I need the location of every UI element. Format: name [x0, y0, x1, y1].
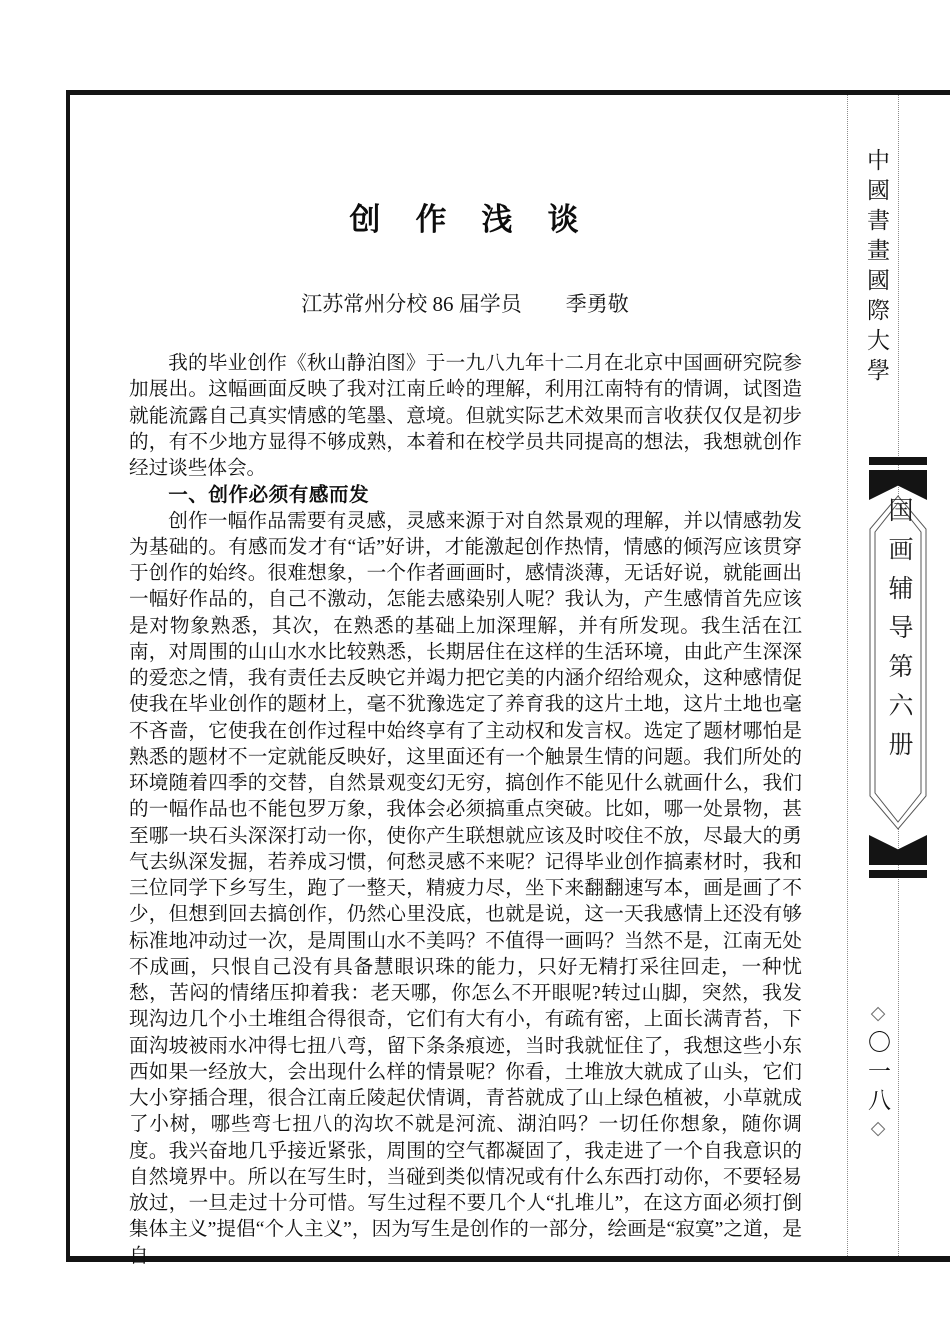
volume-label: 国画辅导第六册	[880, 497, 916, 770]
ribbon-bottom-bar	[869, 870, 927, 878]
page-number: ◇〇一八◇	[861, 1002, 894, 1145]
paragraph-section-one: 创作一幅作品需要有灵感，灵感来源于对自然景观的理解，并以情感勃发为基础的。有感而…	[129, 509, 802, 1270]
byline-author: 季勇敬	[566, 292, 629, 316]
page-number-diamond-bottom: ◇	[867, 1117, 888, 1145]
byline-affiliation: 江苏常州分校 86 届学员	[301, 292, 522, 316]
book-page: { "page": { "title": "创 作 浅 谈", "byline"…	[0, 0, 950, 1344]
journal-title-vertical: 中國書畫國際大學	[860, 148, 893, 388]
byline: 江苏常州分校 86 届学员季勇敬	[129, 288, 801, 318]
section-heading: 一、创作必须有感而发	[129, 482, 802, 508]
article-title: 创 作 浅 谈	[129, 194, 801, 239]
article-body: 我的毕业创作《秋山静泊图》于一九八九年十二月在北京中国画研究院参加展出。这幅画面…	[129, 351, 802, 1270]
page-number-value: 〇一八	[865, 1030, 890, 1117]
sidebar-rule-left	[847, 95, 848, 1256]
ribbon-bottom-pennant	[869, 835, 927, 865]
ribbon-top-bar	[869, 457, 927, 465]
page-number-diamond-top: ◇	[867, 1002, 888, 1030]
paragraph-intro: 我的毕业创作《秋山静泊图》于一九八九年十二月在北京中国画研究院参加展出。这幅画面…	[129, 351, 802, 482]
volume-ribbon: 国画辅导第六册	[869, 457, 927, 878]
